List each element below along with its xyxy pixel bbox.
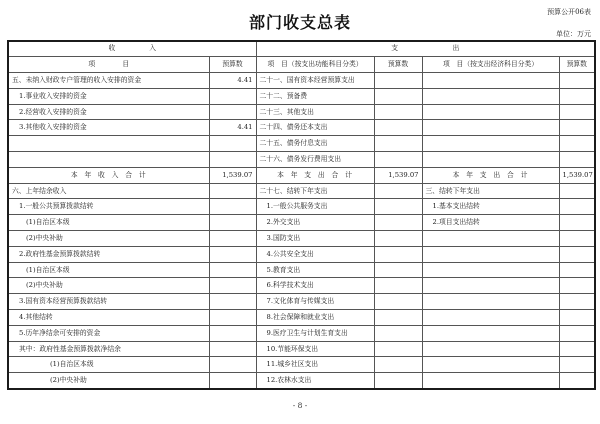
table-cell: 5.教育支出 [256,262,374,278]
table-cell [374,309,422,325]
table-cell [422,325,559,341]
table-cell: 2.政府性基金预算拨款结转 [8,246,209,262]
table-cell: 3.国有资本经营预算拨款结转 [8,294,209,310]
table-row: 二十六、债务发行费用支出 [8,151,595,167]
table-row: 3.其他收入安排的资金4.41二十四、债务还本支出 [8,120,595,136]
table-row: 1.一般公共预算拨款结转1.一般公共服务支出1.基本支出结转 [8,199,595,215]
table-cell [8,136,209,152]
income-group-header: 收 入 [8,41,256,56]
table-cell [209,136,256,152]
table-cell [209,199,256,215]
table-cell [374,278,422,294]
table-cell: 9.医疗卫生与计划生育支出 [256,325,374,341]
table-cell [559,341,595,357]
group-header-row: 收 入 支 出 [8,41,595,56]
table-cell: 2.经营收入安排的资金 [8,104,209,120]
table-cell [559,278,595,294]
table-cell [559,104,595,120]
table-cell [422,73,559,89]
table-cell [559,230,595,246]
table-cell: 6.科学技术支出 [256,278,374,294]
table-cell: 五、未纳入财政专户管理的收入安排的资金 [8,73,209,89]
table-cell: 10.节能环保支出 [256,341,374,357]
document-page: 预算公开06表 部门收支总表 单位：万元 收 入 支 出 项 目 预算数 项 目… [0,0,600,424]
column-header-functional-budget: 预算数 [374,56,422,73]
table-cell [374,246,422,262]
table-cell [422,136,559,152]
table-cell [422,104,559,120]
table-cell [374,341,422,357]
table-cell [559,183,595,199]
table-cell [422,151,559,167]
budget-summary-table: 收 入 支 出 项 目 预算数 项 目（按支出功能科目分类） 预算数 项 目（按… [7,40,596,390]
table-cell: 1.一般公共服务支出 [256,199,374,215]
table-cell [559,136,595,152]
column-header-functional-item: 项 目（按支出功能科目分类） [256,56,374,73]
table-cell: 1,539.07 [209,167,256,183]
table-cell: 二十七、结转下年支出 [256,183,374,199]
table-cell: 3.其他收入安排的资金 [8,120,209,136]
table-row: 六、上年结余收入二十七、结转下年支出三、结转下年支出 [8,183,595,199]
table-cell [559,199,595,215]
table-cell: 7.文化体育与传媒支出 [256,294,374,310]
table-cell [374,262,422,278]
table-cell [209,309,256,325]
table-cell: 4.41 [209,120,256,136]
table-cell [559,309,595,325]
table-row: (2)中央补助6.科学技术支出 [8,278,595,294]
table-cell [559,73,595,89]
table-row: 本 年 收 入 合 计1,539.07本 年 支 出 合 计1,539.07本 … [8,167,595,183]
table-row: (1)自治区本级5.教育支出 [8,262,595,278]
table-row: 二十五、债务付息支出 [8,136,595,152]
table-cell: 本 年 支 出 合 计 [256,167,374,183]
table-row: (1)自治区本级11.城乡社区支出 [8,357,595,373]
table-cell: 8.社会保障和就业支出 [256,309,374,325]
table-cell [209,230,256,246]
table-cell [209,183,256,199]
table-row: 2.政府性基金预算拨款结转4.公共安全支出 [8,246,595,262]
table-cell: 六、上年结余收入 [8,183,209,199]
table-cell: 2.项目支出结转 [422,215,559,231]
table-cell: 二十六、债务发行费用支出 [256,151,374,167]
table-cell [374,230,422,246]
table-cell: 12.农林水支出 [256,373,374,389]
table-cell [559,262,595,278]
table-row: 1.事业收入安排的资金二十二、预备费 [8,88,595,104]
unit-note: 单位：万元 [556,29,591,39]
table-cell: 二十二、预备费 [256,88,374,104]
table-cell: 5.历年净结余可安排的资金 [8,325,209,341]
page-number: - 8 - [0,401,600,410]
table-row: (2)中央补助12.农林水支出 [8,373,595,389]
table-cell: 二十五、债务付息支出 [256,136,374,152]
table-cell [374,151,422,167]
table-cell [422,373,559,389]
table-cell: 二十一、国有资本经营预算支出 [256,73,374,89]
expenditure-group-header: 支 出 [256,41,595,56]
table-cell [422,246,559,262]
table-cell: (2)中央补助 [8,230,209,246]
table-row: (2)中央补助3.国防支出 [8,230,595,246]
table-cell [559,215,595,231]
table-cell: 4.其他结转 [8,309,209,325]
table-cell [209,151,256,167]
table-cell [374,88,422,104]
table-cell [559,373,595,389]
table-cell [422,262,559,278]
table-cell: (1)自治区本级 [8,215,209,231]
table-cell: 1.事业收入安排的资金 [8,88,209,104]
table-cell: 4.公共安全支出 [256,246,374,262]
table-cell [374,373,422,389]
table-cell [209,373,256,389]
table-cell: 4.41 [209,73,256,89]
table-cell: 1.基本支出结转 [422,199,559,215]
table-cell [422,309,559,325]
table-cell [422,294,559,310]
table-row: 五、未纳入财政专户管理的收入安排的资金4.41二十一、国有资本经营预算支出 [8,73,595,89]
table-cell: 1,539.07 [559,167,595,183]
table-cell [559,88,595,104]
table-cell: (1)自治区本级 [8,357,209,373]
table-cell [374,120,422,136]
table-cell [374,104,422,120]
table-cell [422,278,559,294]
table-cell [422,357,559,373]
table-cell [209,262,256,278]
table-row: 2.经营收入安排的资金二十三、其他支出 [8,104,595,120]
table-cell [422,341,559,357]
table-cell [374,73,422,89]
table-cell [209,325,256,341]
table-cell [209,294,256,310]
table-cell: 其中：政府性基金预算拨款净结余 [8,341,209,357]
table-cell [374,183,422,199]
column-header-income-budget: 预算数 [209,56,256,73]
table-cell: 二十三、其他支出 [256,104,374,120]
table-cell: 1,539.07 [374,167,422,183]
table-cell [374,357,422,373]
table-cell [374,199,422,215]
table-cell: 11.城乡社区支出 [256,357,374,373]
table-cell [8,151,209,167]
table-cell [374,325,422,341]
table-cell: (2)中央补助 [8,373,209,389]
table-cell [374,136,422,152]
column-header-economic-item: 项 目（按支出经济科目分类） [422,56,559,73]
table-cell [422,230,559,246]
table-cell [209,215,256,231]
table-cell [422,120,559,136]
table-body: 五、未纳入财政专户管理的收入安排的资金4.41二十一、国有资本经营预算支出1.事… [8,73,595,389]
column-header-economic-budget: 预算数 [559,56,595,73]
table-cell [374,215,422,231]
table-cell [209,278,256,294]
table-cell [209,104,256,120]
column-header-row: 项 目 预算数 项 目（按支出功能科目分类） 预算数 项 目（按支出经济科目分类… [8,56,595,73]
table-cell [374,294,422,310]
table-cell: 1.一般公共预算拨款结转 [8,199,209,215]
table-cell: (2)中央补助 [8,278,209,294]
table-cell: 本 年 收 入 合 计 [8,167,209,183]
page-title: 部门收支总表 [0,10,600,33]
table-row: 5.历年净结余可安排的资金9.医疗卫生与计划生育支出 [8,325,595,341]
table-cell [559,357,595,373]
table-cell [559,120,595,136]
table-row: 其中：政府性基金预算拨款净结余10.节能环保支出 [8,341,595,357]
table-cell [209,341,256,357]
table-cell: 二十四、债务还本支出 [256,120,374,136]
table-cell: (1)自治区本级 [8,262,209,278]
table-cell: 本 年 支 出 合 计 [422,167,559,183]
table-cell: 2.外交支出 [256,215,374,231]
table-cell [559,151,595,167]
table-cell [209,246,256,262]
column-header-income-item: 项 目 [8,56,209,73]
table-cell [422,88,559,104]
table-cell [559,246,595,262]
table-cell [559,325,595,341]
table-cell: 三、结转下年支出 [422,183,559,199]
table-cell [209,88,256,104]
table-row: 4.其他结转8.社会保障和就业支出 [8,309,595,325]
table-cell: 3.国防支出 [256,230,374,246]
table-row: (1)自治区本级2.外交支出2.项目支出结转 [8,215,595,231]
table-cell [209,357,256,373]
table-cell [559,294,595,310]
table-row: 3.国有资本经营预算拨款结转7.文化体育与传媒支出 [8,294,595,310]
